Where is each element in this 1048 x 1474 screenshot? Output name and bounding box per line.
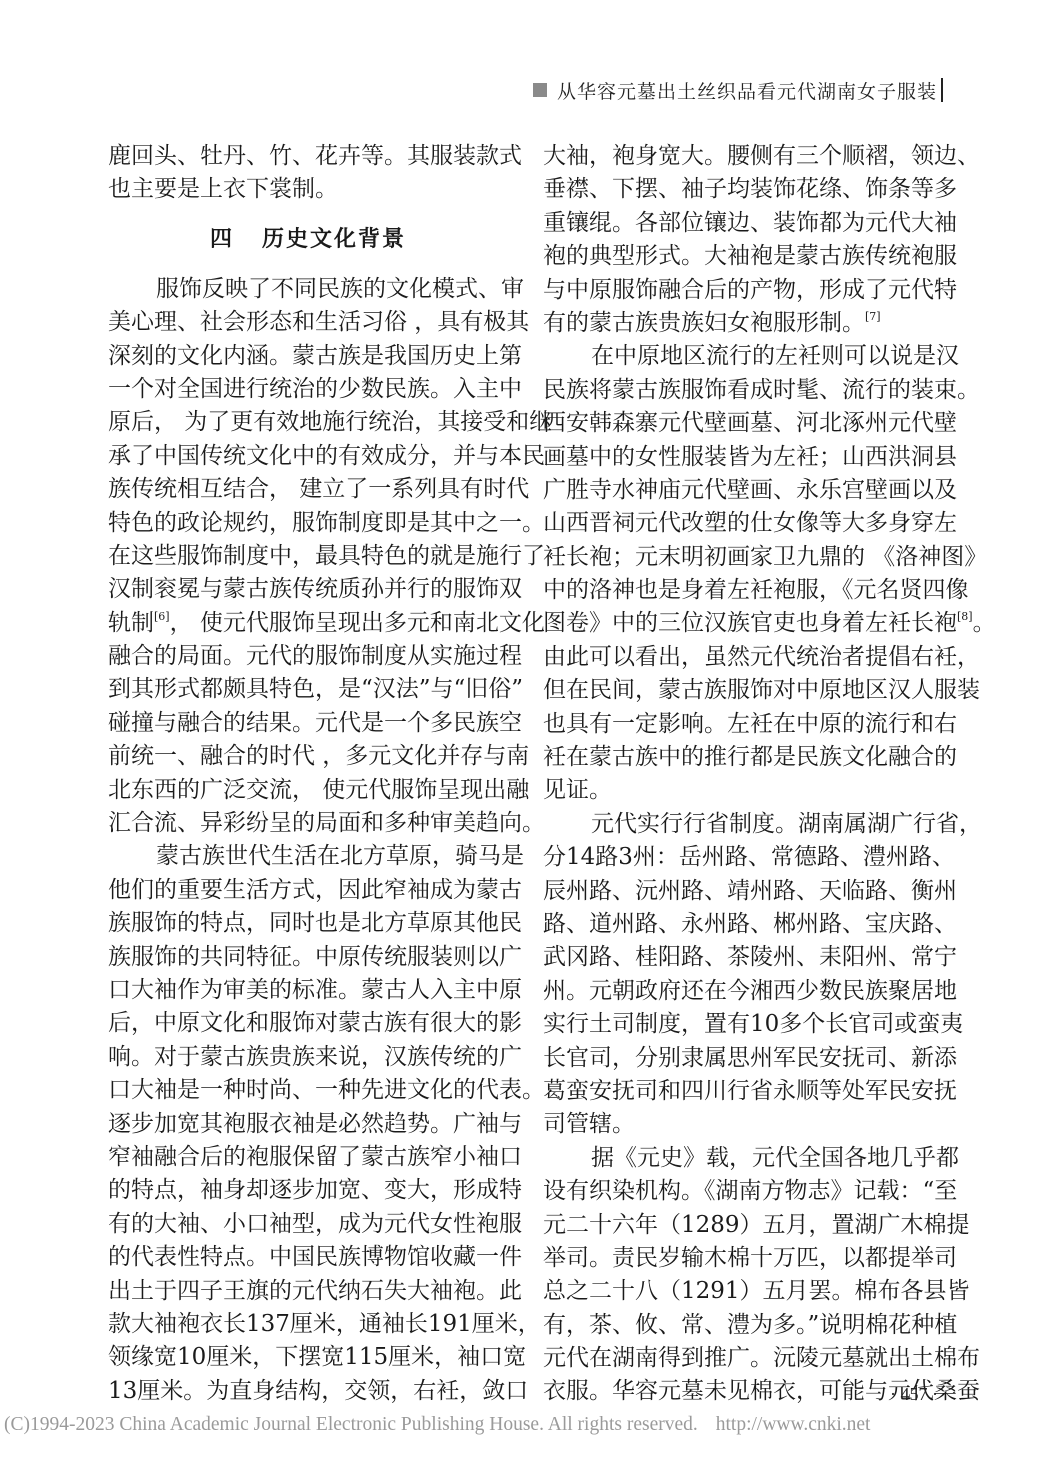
text-line: 实行土司制度，置有10多个长官司或蛮夷 (543, 1008, 943, 1041)
text-line: 长官司，分别隶属思州军民安抚司、新添 (543, 1042, 943, 1075)
text-line: 衣服。华容元墓未见棉衣，可能与元代桑蚕 (543, 1375, 943, 1408)
text-line: 族服饰的特点，同时也是北方草原其他民 (108, 907, 508, 940)
text-line: 在中原地区流行的左衽则可以说是汉 (543, 340, 943, 373)
text-line: 画墓中的女性服装皆为左衽；山西洪洞县 (543, 441, 943, 474)
copyright-text: (C)1994-2023 China Academic Journal Elec… (4, 1414, 698, 1435)
paragraph-block: 鹿回头、牡丹、竹、花卉等。其服装款式也主要是上衣下裳制。 (108, 140, 508, 207)
text-line: 由此可以看出，虽然元代统治者提倡右衽， (543, 641, 943, 674)
page-number: · 457 · (890, 1384, 938, 1405)
text-line: 汇合流、异彩纷呈的局面和多种审美趋向。 (108, 807, 508, 840)
text-line: 后，中原文化和服饰对蒙古族有很大的影 (108, 1007, 508, 1040)
citation-ref[interactable]: [8] (957, 610, 973, 623)
text-line: 元代实行行省制度。湖南属湖广行省， (543, 808, 943, 841)
text-line: 碰撞与融合的结果。元代是一个多民族空 (108, 707, 508, 740)
text-line: 款大袖袍衣长137厘米，通袖长191厘米， (108, 1308, 508, 1341)
text-line: 元二十六年（1289）五月，置湖广木棉提 (543, 1209, 943, 1242)
text-line: 司管辖。 (543, 1108, 943, 1141)
text-line: 总之二十八（1291）五月罢。棉布各县皆 (543, 1275, 943, 1308)
text-line: 到其形式都颇具特色，是“汉法”与“旧俗” (108, 673, 508, 706)
right-column: 大袖，袍身宽大。腰侧有三个顺褶，领边、垂襟、下摆、袖子均装饰花绦、饰条等多重镶绲… (543, 140, 943, 1409)
text-line: 图卷》中的三位汉族官吏也身着左衽长袍[8]。 (543, 607, 943, 640)
text-line: 的特点，袖身却逐步加宽、变大，形成特 (108, 1174, 508, 1207)
text-line: 也具有一定影响。左衽在中原的流行和右 (543, 708, 943, 741)
text-line: 口大袖作为审美的标准。蒙古人入主中原 (108, 974, 508, 1007)
text-line: 领缘宽10厘米，下摆宽115厘米，袖口宽 (108, 1341, 508, 1374)
cnki-link[interactable]: http://www.cnki.net (716, 1414, 871, 1435)
text-line: 也主要是上衣下裳制。 (108, 173, 508, 206)
text-line: 有的大袖、小口袖型，成为元代女性袍服 (108, 1208, 508, 1241)
paragraph-block: 服饰反映了不同民族的文化模式、审美心理、社会形态和生活习俗 ，具有极其深刻的文化… (108, 273, 508, 1408)
text-line: 前统一、融合的时代 ，多元文化并存与南 (108, 740, 508, 773)
left-column: 鹿回头、牡丹、竹、花卉等。其服装款式也主要是上衣下裳制。 四历史文化背景 服饰反… (108, 140, 508, 1408)
text-line: 州。元朝政府还在今湘西少数民族聚居地 (543, 975, 943, 1008)
section-number: 四 (210, 227, 234, 252)
text-line: 元代在湖南得到推广。沅陵元墓就出土棉布 (543, 1342, 943, 1375)
text-line: 有，茶、攸、常、澧为多。”说明棉花种植 (543, 1309, 943, 1342)
text-line: 西安韩森寨元代壁画墓、河北涿州元代壁 (543, 407, 943, 440)
text-line: 设有织染机构。《湖南方物志》记载：“至 (543, 1175, 943, 1208)
text-line: 口大袖是一种时尚、一种先进文化的代表。 (108, 1074, 508, 1107)
text-line: 与中原服饰融合后的产物，形成了元代特 (543, 274, 943, 307)
text-line: 美心理、社会形态和生活习俗 ，具有极其 (108, 306, 508, 339)
text-line: 服饰反映了不同民族的文化模式、审 (108, 273, 508, 306)
text-line: 族传统相互结合， 建立了一系列具有时代 (108, 473, 508, 506)
running-head: 从华容元墓出土丝织品看元代湖南女子服装 (533, 76, 943, 104)
text-line: 汉制衮冕与蒙古族传统质孙并行的服饰双 (108, 573, 508, 606)
square-bullet-icon (533, 83, 547, 97)
text-line: 袍的典型形式。大袖袍是蒙古族传统袍服 (543, 240, 943, 273)
text-line: 衽在蒙古族中的推行都是民族文化融合的 (543, 741, 943, 774)
text-line: 特色的政论规约，服饰制度即是其中之一。 (108, 507, 508, 540)
text-line: 轨制[6]， 使元代服饰呈现出多元和南北文化 (108, 607, 508, 640)
text-line: 他们的重要生活方式，因此窄袖成为蒙古 (108, 874, 508, 907)
text-line: 13厘米。为直身结构，交领，右衽，敛口 (108, 1375, 508, 1408)
text-line: 辰州路、沅州路、靖州路、天临路、衡州 (543, 875, 943, 908)
text-line: 见证。 (543, 774, 943, 807)
text-line: 路、道州路、永州路、郴州路、宝庆路、 (543, 908, 943, 941)
text-line: 大袖，袍身宽大。腰侧有三个顺褶，领边、 (543, 140, 943, 173)
text-line: 鹿回头、牡丹、竹、花卉等。其服装款式 (108, 140, 508, 173)
text-line: 垂襟、下摆、袖子均装饰花绦、饰条等多 (543, 173, 943, 206)
text-line: 逐步加宽其袍服衣袖是必然趋势。广袖与 (108, 1108, 508, 1141)
text-line: 北东西的广泛交流， 使元代服饰呈现出融 (108, 774, 508, 807)
text-line: 出土于四子王旗的元代纳石失大袖袍。此 (108, 1275, 508, 1308)
text-line: 族服饰的共同特征。中原传统服装则以广 (108, 941, 508, 974)
text-line: 窄袖融合后的袍服保留了蒙古族窄小袖口 (108, 1141, 508, 1174)
text-line: 分14路3州：岳州路、常德路、澧州路、 (543, 841, 943, 874)
text-line: 据《元史》载，元代全国各地几乎都 (543, 1142, 943, 1175)
vertical-rule (941, 78, 943, 102)
text-line: 葛蛮安抚司和四川行省永顺等处军民安抚 (543, 1075, 943, 1108)
running-head-title: 从华容元墓出土丝织品看元代湖南女子服装 (557, 77, 937, 104)
section-title: 历史文化背景 (262, 227, 406, 252)
citation-ref[interactable]: [7] (865, 310, 881, 323)
paragraph-block: 大袖，袍身宽大。腰侧有三个顺褶，领边、垂襟、下摆、袖子均装饰花绦、饰条等多重镶绲… (543, 140, 943, 1409)
section-heading: 四历史文化背景 (108, 207, 508, 273)
copyright-footer: (C)1994-2023 China Academic Journal Elec… (4, 1414, 1044, 1436)
text-line: 广胜寺水神庙元代壁画、永乐宫壁画以及 (543, 474, 943, 507)
text-line: 蒙古族世代生活在北方草原，骑马是 (108, 840, 508, 873)
text-line: 原后， 为了更有效地施行统治，其接受和继 (108, 406, 508, 439)
text-line: 有的蒙古族贵族妇女袍服形制。[7] (543, 307, 943, 340)
text-line: 武冈路、桂阳路、茶陵州、耒阳州、常宁 (543, 941, 943, 974)
text-line: 响。对于蒙古族贵族来说，汉族传统的广 (108, 1041, 508, 1074)
text-line: 重镶绲。各部位镶边、装饰都为元代大袖 (543, 207, 943, 240)
text-line: 山西晋祠元代改塑的仕女像等大多身穿左 (543, 507, 943, 540)
text-line: 举司。责民岁输木棉十万匹，以都提举司 (543, 1242, 943, 1275)
text-line: 民族将蒙古族服饰看成时髦、流行的装束。 (543, 374, 943, 407)
text-line: 但在民间，蒙古族服饰对中原地区汉人服装 (543, 674, 943, 707)
text-line: 的代表性特点。中国民族博物馆收藏一件 (108, 1241, 508, 1274)
text-line: 承了中国传统文化中的有效成分，并与本民 (108, 440, 508, 473)
text-line: 衽长袍；元末明初画家卫九鼎的 《洛神图》 (543, 541, 943, 574)
text-line: 在这些服饰制度中，最具特色的就是施行了 (108, 540, 508, 573)
text-line: 中的洛神也是身着左衽袍服，《元名贤四像 (543, 574, 943, 607)
text-line: 一个对全国进行统治的少数民族。入主中 (108, 373, 508, 406)
citation-ref[interactable]: [6] (154, 610, 170, 623)
text-line: 融合的局面。元代的服饰制度从实施过程 (108, 640, 508, 673)
text-line: 深刻的文化内涵。蒙古族是我国历史上第 (108, 340, 508, 373)
